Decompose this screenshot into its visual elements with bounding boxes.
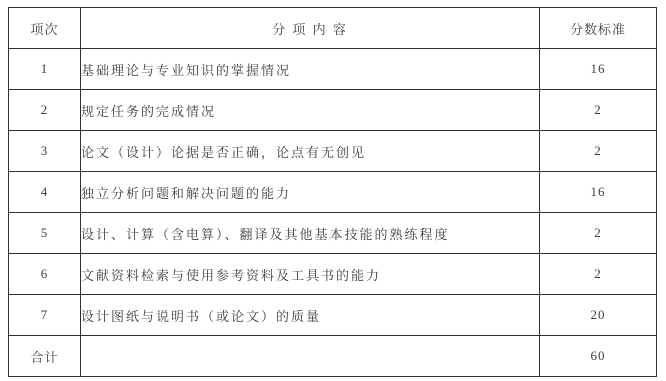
row-content: 规定任务的完成情况 bbox=[81, 90, 540, 131]
table-row-total: 合计 60 bbox=[9, 336, 657, 377]
row-content: 设计图纸与说明书（或论文）的质量 bbox=[81, 295, 540, 336]
table-row: 5 设计、计算（含电算）、翻译及其他基本技能的熟练程度 2 bbox=[9, 213, 657, 254]
table-header-row: 项次 分 项 内 容 分数标准 bbox=[9, 8, 657, 49]
row-score: 2 bbox=[540, 90, 657, 131]
row-item-no: 2 bbox=[9, 90, 81, 131]
table-row: 7 设计图纸与说明书（或论文）的质量 20 bbox=[9, 295, 657, 336]
row-item-no: 4 bbox=[9, 172, 81, 213]
row-score: 16 bbox=[540, 49, 657, 90]
row-content: 基础理论与专业知识的掌握情况 bbox=[81, 49, 540, 90]
header-item-no: 项次 bbox=[9, 8, 81, 49]
score-table-container: 项次 分 项 内 容 分数标准 1 基础理论与专业知识的掌握情况 16 2 规定… bbox=[8, 7, 657, 377]
row-content: 独立分析问题和解决问题的能力 bbox=[81, 172, 540, 213]
table-row: 6 文献资料检索与使用参考资料及工具书的能力 2 bbox=[9, 254, 657, 295]
score-criteria-table: 项次 分 项 内 容 分数标准 1 基础理论与专业知识的掌握情况 16 2 规定… bbox=[8, 7, 657, 377]
row-item-no: 3 bbox=[9, 131, 81, 172]
row-score: 2 bbox=[540, 131, 657, 172]
row-item-no: 5 bbox=[9, 213, 81, 254]
table-row: 1 基础理论与专业知识的掌握情况 16 bbox=[9, 49, 657, 90]
header-score-standard: 分数标准 bbox=[540, 8, 657, 49]
table-row: 2 规定任务的完成情况 2 bbox=[9, 90, 657, 131]
row-item-no: 1 bbox=[9, 49, 81, 90]
row-content: 设计、计算（含电算）、翻译及其他基本技能的熟练程度 bbox=[81, 213, 540, 254]
row-item-no: 6 bbox=[9, 254, 81, 295]
row-content: 论文（设计）论据是否正确，论点有无创见 bbox=[81, 131, 540, 172]
table-row: 3 论文（设计）论据是否正确，论点有无创见 2 bbox=[9, 131, 657, 172]
total-label: 合计 bbox=[9, 336, 81, 377]
row-score: 2 bbox=[540, 213, 657, 254]
table-row: 4 独立分析问题和解决问题的能力 16 bbox=[9, 172, 657, 213]
header-content: 分 项 内 容 bbox=[81, 8, 540, 49]
total-score: 60 bbox=[540, 336, 657, 377]
row-item-no: 7 bbox=[9, 295, 81, 336]
row-score: 2 bbox=[540, 254, 657, 295]
total-content-empty bbox=[81, 336, 540, 377]
row-score: 16 bbox=[540, 172, 657, 213]
row-score: 20 bbox=[540, 295, 657, 336]
row-content: 文献资料检索与使用参考资料及工具书的能力 bbox=[81, 254, 540, 295]
